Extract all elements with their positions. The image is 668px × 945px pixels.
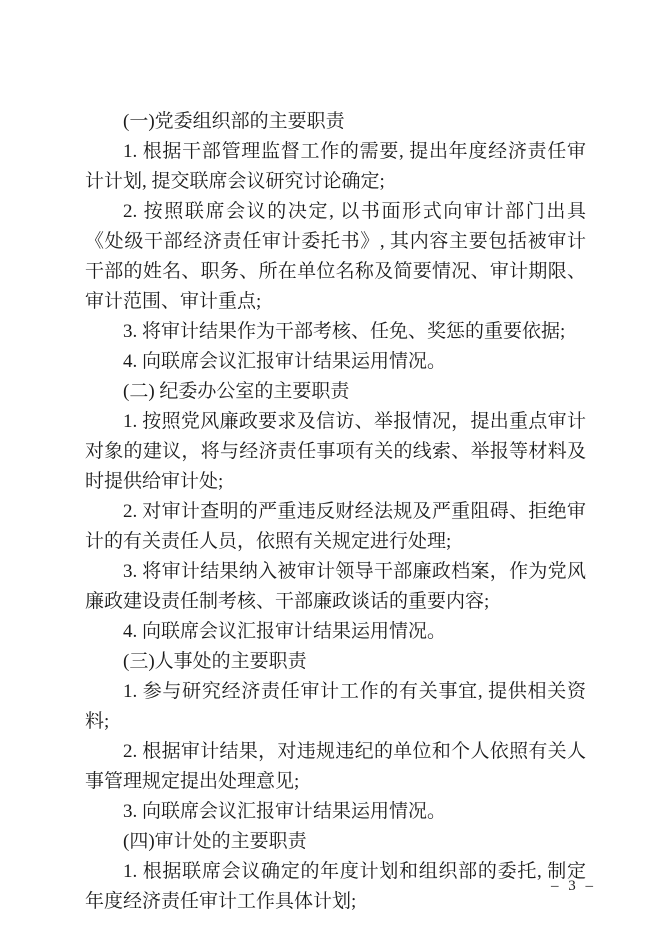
paragraph: 4. 向联席会议汇报审计结果运用情况。 — [85, 347, 586, 377]
paragraph: 1. 按照党风廉政要求及信访、举报情况，提出重点审计对象的建议，将与经济责任事项… — [85, 407, 586, 497]
paragraph: 1. 根据联席会议确定的年度计划和组织部的委托, 制定年度经济责任审计工作具体计… — [85, 857, 586, 917]
paragraph: 3. 向联席会议汇报审计结果运用情况。 — [85, 797, 586, 827]
paragraph: 2. 按照联席会议的决定, 以书面形式向审计部门出具《处级干部经济责任审计委托书… — [85, 197, 586, 317]
paragraph: 1. 根据干部管理监督工作的需要, 提出年度经济责任审计计划, 提交联席会议研究… — [85, 137, 586, 197]
paragraph: 4. 向联席会议汇报审计结果运用情况。 — [85, 617, 586, 647]
section-heading: (四)审计处的主要职责 — [85, 827, 586, 857]
paragraph: 3. 将审计结果作为干部考核、任免、奖惩的重要依据; — [85, 317, 586, 347]
paragraph: 2. 根据审计结果，对违规违纪的单位和个人依照有关人事管理规定提出处理意见; — [85, 737, 586, 797]
section-heading: (一)党委组织部的主要职责 — [85, 107, 586, 137]
paragraph: 1. 参与研究经济责任审计工作的有关事宜, 提供相关资料; — [85, 677, 586, 737]
paragraph: 3. 将审计结果纳入被审计领导干部廉政档案，作为党风廉政建设责任制考核、干部廉政… — [85, 557, 586, 617]
section-heading: (三)人事处的主要职责 — [85, 647, 586, 677]
document-body: (一)党委组织部的主要职责1. 根据干部管理监督工作的需要, 提出年度经济责任审… — [85, 107, 586, 917]
page-number: – 3 – — [551, 878, 596, 895]
document-page: (一)党委组织部的主要职责1. 根据干部管理监督工作的需要, 提出年度经济责任审… — [0, 0, 668, 945]
section-heading: (二) 纪委办公室的主要职责 — [85, 377, 586, 407]
paragraph: 2. 对审计查明的严重违反财经法规及严重阻碍、拒绝审计的有关责任人员，依照有关规… — [85, 497, 586, 557]
